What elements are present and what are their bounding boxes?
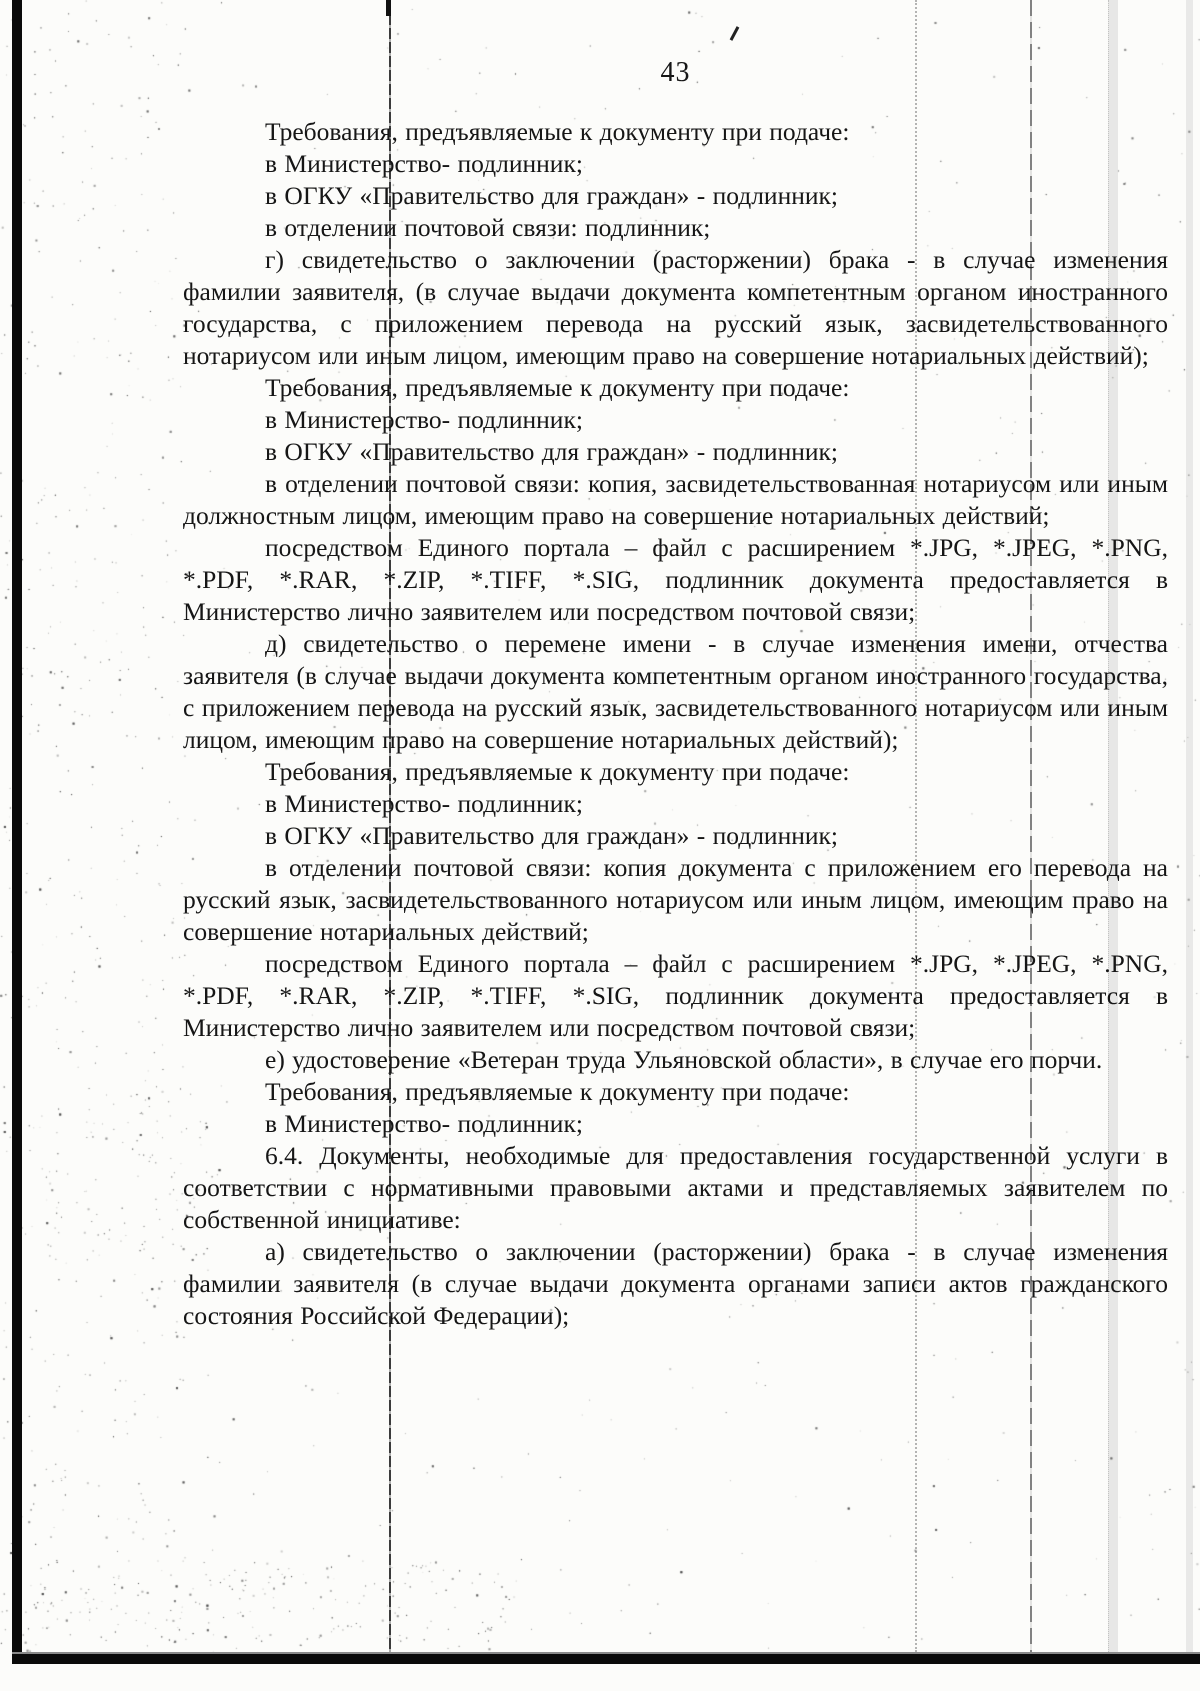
paragraph: в ОГКУ «Правительство для граждан» - под…	[183, 436, 1168, 468]
paragraph: в Министерство- подлинник;	[183, 788, 1168, 820]
paragraph: в ОГКУ «Правительство для граждан» - под…	[183, 180, 1168, 212]
page-fold-line-top	[386, 0, 391, 16]
scanned-page: 43 Требования, предъявляемые к документу…	[0, 0, 1200, 1691]
paragraph: в отделении почтовой связи: копия докуме…	[183, 852, 1168, 948]
page-number: 43	[183, 56, 1168, 90]
paragraph: в Министерство- подлинник;	[183, 148, 1168, 180]
paragraph: е) удостоверение «Ветеран труда Ульяновс…	[183, 1044, 1168, 1076]
paragraph: 6.4. Документы, необходимые для предоста…	[183, 1140, 1168, 1236]
paragraph: д) свидетельство о перемене имени - в сл…	[183, 628, 1168, 756]
paragraph: в Министерство- подлинник;	[183, 404, 1168, 436]
bottom-edge-scan-bar	[12, 1652, 1200, 1664]
paragraph: Требования, предъявляемые к документу пр…	[183, 116, 1168, 148]
paragraph: а) свидетельство о заключении (расторжен…	[183, 1236, 1168, 1332]
paragraph: посредством Единого портала – файл с рас…	[183, 532, 1168, 628]
document-content: 43 Требования, предъявляемые к документу…	[183, 56, 1168, 1332]
paragraph: в отделении почтовой связи: подлинник;	[183, 212, 1168, 244]
paragraph: в ОГКУ «Правительство для граждан» - под…	[183, 820, 1168, 852]
paragraph: Требования, предъявляемые к документу пр…	[183, 1076, 1168, 1108]
paragraph: Требования, предъявляемые к документу пр…	[183, 372, 1168, 404]
paragraph: в отделении почтовой связи: копия, засви…	[183, 468, 1168, 532]
paragraph: г) свидетельство о заключении (расторжен…	[183, 244, 1168, 372]
scan-streak-edge	[1186, 0, 1193, 1652]
paragraph: Требования, предъявляемые к документу пр…	[183, 756, 1168, 788]
document-body: Требования, предъявляемые к документу пр…	[183, 116, 1168, 1332]
paragraph: посредством Единого портала – файл с рас…	[183, 948, 1168, 1044]
paragraph: в Министерство- подлинник;	[183, 1108, 1168, 1140]
left-edge-scan-bar	[12, 0, 22, 1660]
